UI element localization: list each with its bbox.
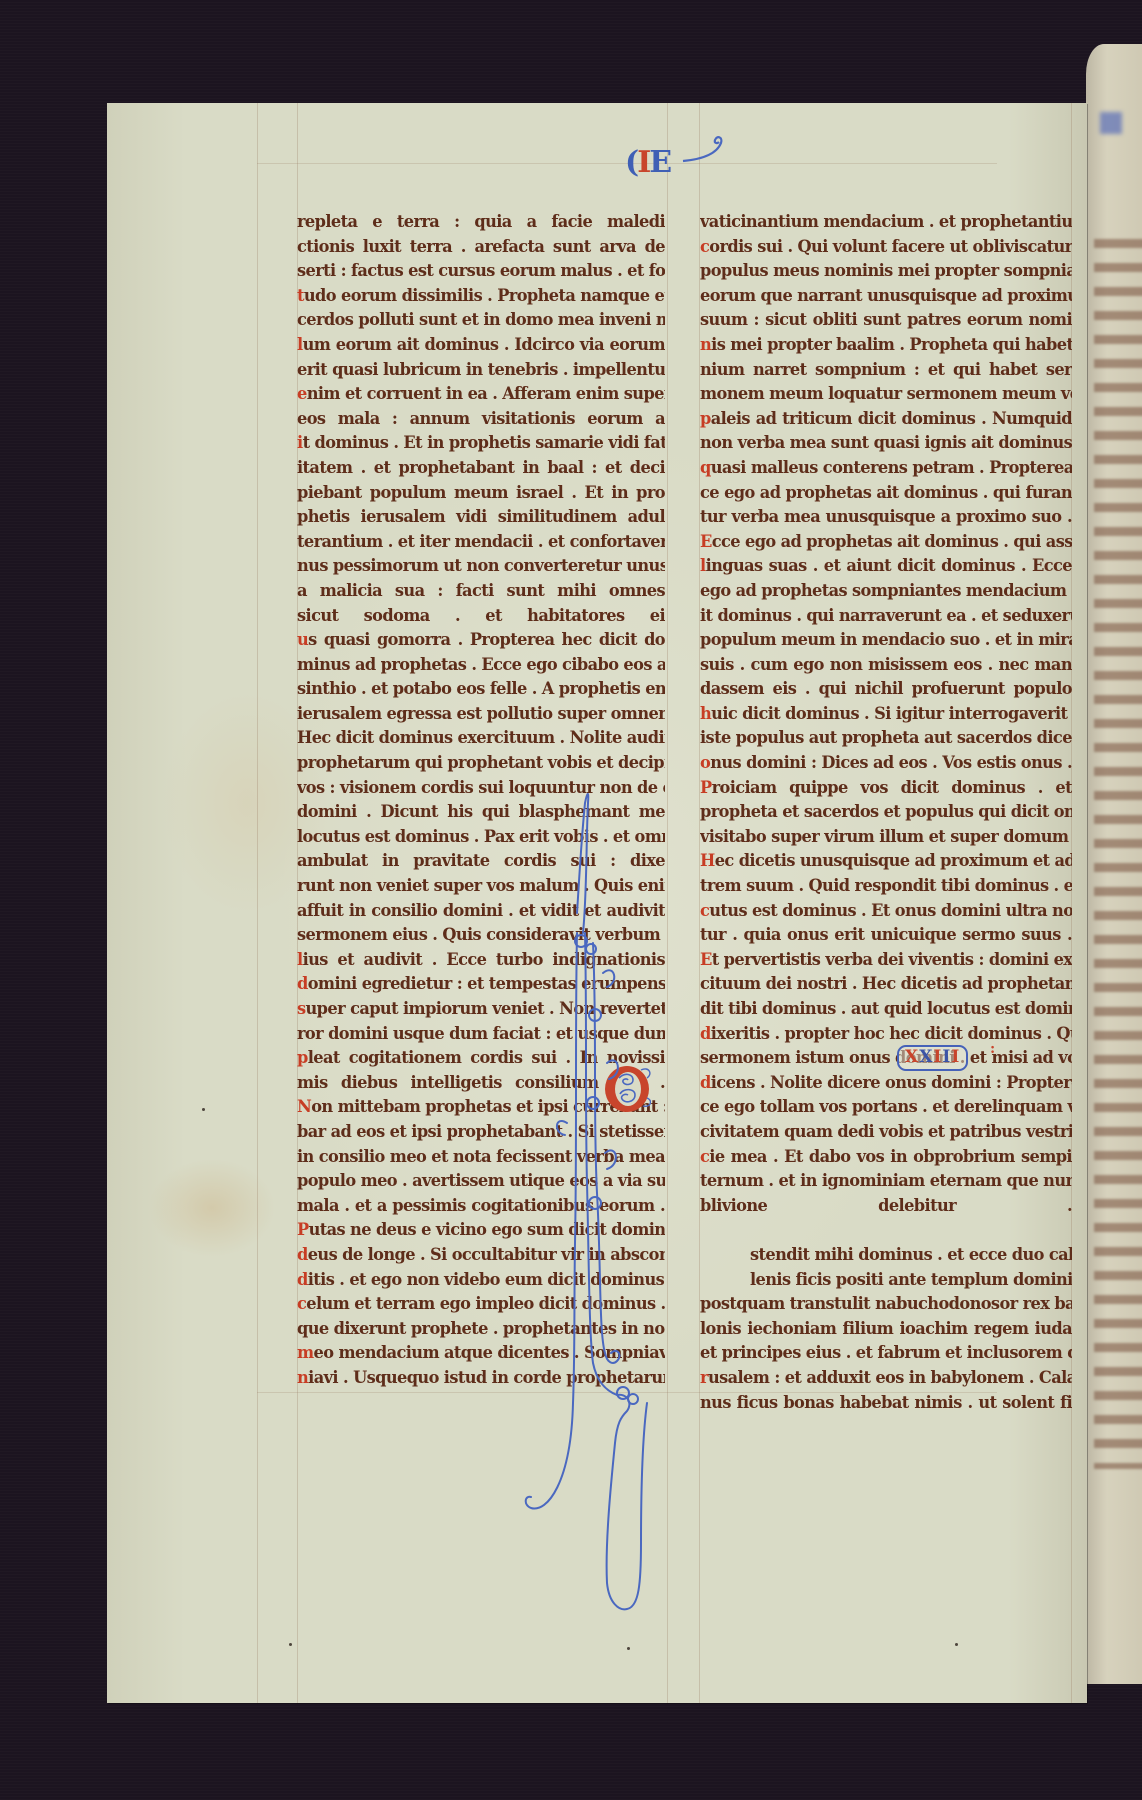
text-run: um eorum ait dominus . Idcirco via eorum bbox=[303, 334, 665, 354]
manuscript-text-line: domini . Dicunt his qui blasphemant me bbox=[297, 800, 665, 826]
manuscript-text-line: itatem . et prophetabant in baal : et de… bbox=[297, 455, 665, 481]
manuscript-text-line: cie mea . Et dabo vos in obprobrium semp… bbox=[700, 1144, 1072, 1170]
manuscript-text-line: postquam transtulit nabuchodonosor rex b… bbox=[700, 1292, 1072, 1318]
rubricated-initial: e bbox=[297, 384, 307, 404]
manuscript-text-line: ternum . et in ignominiam eternam que nu… bbox=[700, 1169, 1072, 1195]
manuscript-text-line: sinthio . et potabo eos felle . A prophe… bbox=[297, 677, 665, 703]
manuscript-text-line: populus meus nominis mei propter sompnia bbox=[700, 259, 1072, 285]
manuscript-text-line: nus ficus bonas habebat nimis . ut solen… bbox=[700, 1390, 1072, 1416]
chapter-letter: X bbox=[919, 1047, 933, 1067]
rubricated-initial: c bbox=[700, 236, 709, 256]
manuscript-text-line: bar ad eos et ipsi prophetabant . Si ste… bbox=[297, 1119, 665, 1145]
manuscript-text-line: locutus est dominus . Pax erit vobis . e… bbox=[297, 824, 665, 850]
text-run: icens . Nolite dicere onus domini : Prop… bbox=[711, 1072, 1072, 1092]
manuscript-text-line: Hec dicit dominus exercituum . Nolite au… bbox=[297, 726, 665, 752]
manuscript-text-line: ego ad prophetas sompniantes mendacium a bbox=[700, 578, 1072, 604]
manuscript-text-line: lius et audivit . Ecce turbo indignation… bbox=[297, 947, 665, 973]
manuscript-text-line: ierusalem egressa est pollutio super omn… bbox=[297, 701, 665, 727]
rubricated-initial: n bbox=[700, 334, 711, 354]
ruling-line bbox=[667, 103, 668, 1703]
manuscript-text-line: non verba mea sunt quasi ignis ait domin… bbox=[700, 431, 1072, 457]
text-run: ie mea . Et dabo vos in obprobrium sempi bbox=[709, 1146, 1072, 1166]
manuscript-text-line: vaticinantium mendacium . et prophetanti… bbox=[700, 209, 1072, 235]
manuscript-text-line: ambulat in pravitate cordis sui : dixe bbox=[297, 849, 665, 875]
manuscript-text-line: trem suum . Quid respondit tibi dominus … bbox=[700, 873, 1072, 899]
text-run: ixeritis . propter hoc hec dicit dominus… bbox=[711, 1023, 1072, 1043]
manuscript-folio: (IE repleta e terra : quia a facie maled… bbox=[107, 103, 1087, 1703]
manuscript-text-line: populum meum in mendacio suo . et in mir… bbox=[700, 627, 1072, 653]
manuscript-text-line: dit tibi dominus . aut quid locutus est … bbox=[700, 996, 1072, 1022]
manuscript-text-line: piebant populum meum israel . Et in pro bbox=[297, 480, 665, 506]
text-run: ec dicetis unusquisque ad proximum et ad… bbox=[715, 851, 1072, 871]
text-run: is mei propter baalim . Propheta qui hab… bbox=[711, 334, 1072, 354]
text-run: uper caput impiorum veniet . Non reverte… bbox=[306, 998, 665, 1018]
text-run: ordis sui . Qui volunt facere ut oblivis… bbox=[709, 236, 1072, 256]
manuscript-text-line: Ecce ego ad prophetas ait dominus . qui … bbox=[700, 529, 1072, 555]
text-run: cce ego ad prophetas ait dominus . qui a… bbox=[712, 531, 1072, 551]
manuscript-text-line: tur . quia onus erit unicuique sermo suu… bbox=[700, 923, 1072, 949]
manuscript-text-line: suis . cum ego non misissem eos . nec ma… bbox=[700, 652, 1072, 678]
manuscript-text-line: eos mala : annum visitationis eorum a bbox=[297, 406, 665, 432]
text-run: utas ne deus e vicino ego sum dicit domi… bbox=[309, 1220, 665, 1240]
manuscript-text-line: tur verba mea unusquisque a proximo suo … bbox=[700, 505, 1072, 531]
manuscript-text-line: que dixerunt prophete . prophetantes in … bbox=[297, 1316, 665, 1342]
manuscript-text-line: paleis ad triticum dicit dominus . Numqu… bbox=[700, 406, 1072, 432]
manuscript-text-line: enim et corruent in ea . Afferam enim su… bbox=[297, 382, 665, 408]
manuscript-text-line: eorum que narrant unusquisque ad proximu… bbox=[700, 283, 1072, 309]
manuscript-text-line: huic dicit dominus . Si igitur interroga… bbox=[700, 701, 1072, 727]
running-header-letter-i: I bbox=[637, 145, 649, 180]
running-header: (IE bbox=[625, 133, 745, 183]
manuscript-text-line: civitatem quam dedi vobis et patribus ve… bbox=[700, 1119, 1072, 1145]
text-run: roiciam quippe vos dicit dominus . et bbox=[712, 777, 1072, 797]
manuscript-text-line: onus domini : Dices ad eos . Vos estis o… bbox=[700, 750, 1072, 776]
rubricated-initial: d bbox=[297, 1244, 308, 1264]
text-run: ius et audivit . Ecce turbo indignationi… bbox=[303, 949, 665, 969]
text-run: t dominus . Et in prophetis samarie vidi… bbox=[303, 433, 665, 453]
text-run: utus est dominus . Et onus domini ultra … bbox=[709, 900, 1072, 920]
chapter-number-badge: XXIII bbox=[897, 1045, 968, 1071]
text-run: eus de longe . Si occultabitur vir in ab… bbox=[308, 1244, 665, 1264]
manuscript-text-line: nis mei propter baalim . Propheta qui ha… bbox=[700, 332, 1072, 358]
manuscript-text-line: celum et terram ego impleo dicit dominus… bbox=[297, 1292, 665, 1318]
text-run: iavi . Usquequo istud in corde prophetar… bbox=[308, 1367, 665, 1387]
manuscript-text-line: tudo eorum dissimilis . Propheta namque … bbox=[297, 283, 665, 309]
manuscript-text-line: monem meum loquatur sermonem meum vere .… bbox=[700, 382, 1072, 408]
manuscript-text-line: sermonem istum onus domini . et misi ad … bbox=[700, 1046, 1072, 1072]
rubricated-initial: o bbox=[700, 753, 710, 773]
text-run: itis . et ego non videbo eum dicit domin… bbox=[308, 1269, 665, 1289]
rubricated-initial: p bbox=[297, 1048, 308, 1068]
manuscript-text-line: super caput impiorum veniet . Non revert… bbox=[297, 996, 665, 1022]
rubricated-initial: p bbox=[700, 408, 711, 428]
manuscript-text-line: us quasi gomorra . Propterea hec dicit d… bbox=[297, 627, 665, 653]
rubricated-initial: d bbox=[700, 1072, 711, 1092]
text-column-right: vaticinantium mendacium . et prophetanti… bbox=[700, 210, 1072, 1415]
text-run: usalem : et adduxit eos in babylonem . C… bbox=[708, 1367, 1072, 1387]
manuscript-text-line: in consilio meo et nota fecissent verba … bbox=[297, 1144, 665, 1170]
text-column-left: repleta e terra : quia a facie maledicti… bbox=[297, 210, 665, 1391]
manuscript-text-line: visitabo super virum illum et super domu… bbox=[700, 824, 1072, 850]
rubricated-initial: h bbox=[700, 703, 711, 723]
manuscript-text-line: blivione delebitur . bbox=[700, 1193, 1072, 1219]
rubricated-initial: P bbox=[700, 777, 712, 797]
rubricated-initial: c bbox=[700, 900, 709, 920]
text-run: aleis ad triticum dicit dominus . Numqui… bbox=[711, 408, 1072, 428]
rubricated-initial: q bbox=[700, 457, 711, 477]
running-header-text: (IE bbox=[625, 145, 670, 180]
manuscript-text-line: linguas suas . et aiunt dicit dominus . … bbox=[700, 554, 1072, 580]
manuscript-text-line: ce ego ad prophetas ait dominus . qui fu… bbox=[700, 480, 1072, 506]
rubricated-initial: u bbox=[297, 630, 308, 650]
rubricated-initial: n bbox=[297, 1367, 308, 1387]
rubricated-initial: t bbox=[297, 285, 304, 305]
manuscript-text-line: terantium . et iter mendacii . et confor… bbox=[297, 529, 665, 555]
text-run: udo eorum dissimilis . Propheta namque e… bbox=[304, 285, 665, 305]
manuscript-text-line: affuit in consilio domini . et vidit et … bbox=[297, 898, 665, 924]
text-run: nim et corruent in ea . Afferam enim sup… bbox=[307, 384, 665, 404]
chapter-punctus: : bbox=[990, 1041, 995, 1057]
facing-page-header-blur bbox=[1100, 112, 1122, 134]
text-run: uic dicit dominus . Si igitur interrogav… bbox=[711, 703, 1072, 723]
facing-page-edge bbox=[1086, 44, 1142, 1684]
facing-page-text-blur bbox=[1094, 239, 1142, 1469]
rubricated-initial: r bbox=[700, 1367, 708, 1387]
rubricated-initial: d bbox=[297, 1269, 308, 1289]
text-run: s quasi gomorra . Propterea hec dicit do bbox=[308, 630, 665, 650]
rubricated-initial: E bbox=[700, 531, 712, 551]
rubricated-initial: d bbox=[700, 1023, 711, 1043]
running-header-letter-e: E bbox=[649, 145, 670, 180]
text-run: elum et terram ego impleo dicit dominus … bbox=[306, 1294, 665, 1314]
rubricated-initial: c bbox=[700, 1146, 709, 1166]
decorated-initial-o-icon bbox=[603, 1064, 651, 1114]
text-run: omini egredietur : et tempestas erumpens bbox=[308, 974, 665, 994]
chapter-letter: I bbox=[942, 1047, 951, 1067]
ruling-line bbox=[257, 103, 258, 1703]
running-header-letter-blue: ( bbox=[625, 145, 637, 180]
manuscript-text-line: deus de longe . Si occultabitur vir in a… bbox=[297, 1242, 665, 1268]
manuscript-text-line: meo mendacium atque dicentes . Sompniavi… bbox=[297, 1341, 665, 1367]
manuscript-text-line: runt non veniet super vos malum . Quis e… bbox=[297, 873, 665, 899]
rubricated-initial: c bbox=[297, 1294, 306, 1314]
manuscript-text-line: lum eorum ait dominus . Idcirco via eoru… bbox=[297, 332, 665, 358]
manuscript-text-line: ror domini usque dum faciat : et usque d… bbox=[297, 1021, 665, 1047]
manuscript-text-line: mala . et a pessimis cogitationibus eoru… bbox=[297, 1193, 665, 1219]
manuscript-text-line: sicut sodoma . et habitatores ei bbox=[297, 603, 665, 629]
manuscript-text-line: it dominus . Et in prophetis samarie vid… bbox=[297, 431, 665, 457]
manuscript-text-line: Hec dicetis unusquisque ad proximum et a… bbox=[700, 849, 1072, 875]
manuscript-text-line: domini egredietur : et tempestas erumpen… bbox=[297, 972, 665, 998]
rubricated-initial: d bbox=[297, 974, 308, 994]
manuscript-text-line: repleta e terra : quia a facie maledi bbox=[297, 209, 665, 235]
manuscript-text-line: Putas ne deus e vicino ego sum dicit dom… bbox=[297, 1218, 665, 1244]
manuscript-text-line: it dominus . qui narraverunt ea . et sed… bbox=[700, 603, 1072, 629]
manuscript-text-line: et principes eius . et fabrum et incluso… bbox=[700, 1341, 1072, 1367]
rubricated-initial: N bbox=[297, 1097, 311, 1117]
text-run: eo mendacium atque dicentes . Sompniavi … bbox=[314, 1343, 665, 1363]
manuscript-text-line: vos : visionem cordis sui loquuntur non … bbox=[297, 775, 665, 801]
text-run: uasi malleus conterens petram . Proptere… bbox=[711, 457, 1072, 477]
chapter-heading-line bbox=[700, 1218, 1072, 1244]
manuscript-text-line: cituum dei nostri . Hec dicetis ad proph… bbox=[700, 972, 1072, 998]
text-run: t pervertistis verba dei viventis : domi… bbox=[712, 949, 1072, 969]
manuscript-text-line: ditis . et ego non videbo eum dicit domi… bbox=[297, 1267, 665, 1293]
manuscript-text-line: Et pervertistis verba dei viventis : dom… bbox=[700, 947, 1072, 973]
manuscript-text-line: erit quasi lubricum in tenebris . impell… bbox=[297, 357, 665, 383]
manuscript-text-line: populo meo . avertissem utique eos a via… bbox=[297, 1169, 665, 1195]
manuscript-text-line: Proiciam quippe vos dicit dominus . et bbox=[700, 775, 1072, 801]
manuscript-text-line: dassem eis . qui nichil profuerunt popul… bbox=[700, 677, 1072, 703]
text-run: nus domini : Dices ad eos . Vos estis on… bbox=[710, 753, 1072, 773]
manuscript-text-line: dicens . Nolite dicere onus domini : Pro… bbox=[700, 1070, 1072, 1096]
manuscript-text-line: nus pessimorum ut non converteretur unus… bbox=[297, 554, 665, 580]
rubricated-initial: s bbox=[297, 998, 306, 1018]
manuscript-text-line: suum : sicut obliti sunt patres eorum no… bbox=[700, 308, 1072, 334]
rubricated-initial: H bbox=[700, 851, 715, 871]
rubricated-initial: P bbox=[297, 1220, 309, 1240]
manuscript-text-line: iste populus aut propheta aut sacerdos d… bbox=[700, 726, 1072, 752]
manuscript-text-line: quasi malleus conterens petram . Propter… bbox=[700, 455, 1072, 481]
manuscript-text-line: a malicia sua : facti sunt mihi omnes bbox=[297, 578, 665, 604]
manuscript-text-line: prophetarum qui prophetant vobis et deci… bbox=[297, 750, 665, 776]
manuscript-text-line: sermonem eius . Quis consideravit verbum… bbox=[297, 923, 665, 949]
text-run: inguas suas . et aiunt dicit dominus . E… bbox=[706, 556, 1072, 576]
manuscript-text-line: cerdos polluti sunt et in domo mea inven… bbox=[297, 308, 665, 334]
manuscript-text-line: ctionis luxit terra . arefacta sunt arva… bbox=[297, 234, 665, 260]
manuscript-text-line: rusalem : et adduxit eos in babylonem . … bbox=[700, 1365, 1072, 1391]
rubricated-initial: E bbox=[700, 949, 712, 969]
chapter-letter: X bbox=[905, 1047, 919, 1067]
manuscript-text-line: serti : factus est cursus eorum malus . … bbox=[297, 259, 665, 285]
manuscript-text-line: dixeritis . propter hoc hec dicit dominu… bbox=[700, 1021, 1072, 1047]
manuscript-text-line: stendit mihi dominus . et ecce duo calat… bbox=[700, 1242, 1072, 1268]
manuscript-text-line: niavi . Usquequo istud in corde propheta… bbox=[297, 1365, 665, 1391]
manuscript-text-line: propheta et sacerdos et populus qui dici… bbox=[700, 800, 1072, 826]
chapter-letter: I bbox=[951, 1047, 960, 1067]
rubricated-initial: m bbox=[297, 1343, 314, 1363]
manuscript-text-line: cutus est dominus . Et onus domini ultra… bbox=[700, 898, 1072, 924]
manuscript-text-line: cordis sui . Qui volunt facere ut oblivi… bbox=[700, 234, 1072, 260]
manuscript-text-line: lenis ficis positi ante templum domini : bbox=[700, 1267, 1072, 1293]
manuscript-text-line: lonis iechoniam filium ioachim regem iud… bbox=[700, 1316, 1072, 1342]
manuscript-text-line: minus ad prophetas . Ecce ego cibabo eos… bbox=[297, 652, 665, 678]
manuscript-text-line: phetis ierusalem vidi similitudinem adul bbox=[297, 505, 665, 531]
manuscript-text-line: ce ego tollam vos portans . et derelinqu… bbox=[700, 1095, 1072, 1121]
manuscript-text-line: nium narret sompnium : et qui habet ser bbox=[700, 357, 1072, 383]
